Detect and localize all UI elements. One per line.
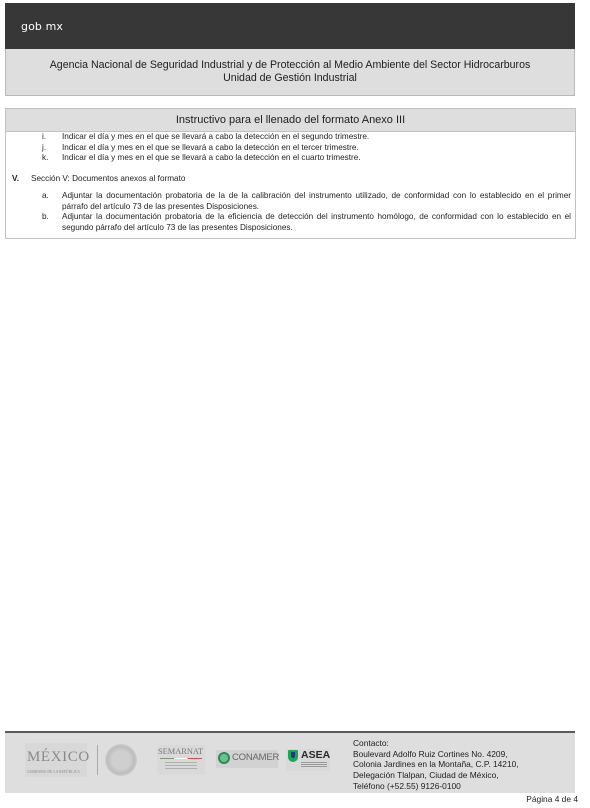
mexico-logo: MÉXICO GOBIERNO DE LA REPÚBLICA [25,743,87,777]
asea-subtext [301,762,327,768]
section-title: Instructivo para el llenado del formato … [6,109,575,132]
semarnat-flag-bar [160,758,202,759]
semarnat-subtext [165,762,197,771]
contact-phone: Teléfono (+52.55) 9126-0100 [353,781,519,792]
contact-colony: Colonia Jardines en la Montaña, C.P. 142… [353,759,519,770]
conamer-logo-text: CONAMER [232,752,279,763]
semarnat-logo-text: SEMARNAT [158,747,203,756]
list-item: k. Indicar el día y mes en el que se lle… [6,153,575,164]
asea-shield-icon [288,750,298,762]
instructions-section: Instructivo para el llenado del formato … [5,108,576,239]
contact-label: Contacto: [353,738,519,749]
unit-name: Unidad de Gestión Industrial [6,72,574,85]
list-text: Indicar el día y mes en el que se llevar… [62,143,359,152]
list-marker: i. [42,132,46,143]
semarnat-logo: SEMARNAT [157,745,205,775]
list-text: Adjuntar la documentación probatoria de … [62,191,571,211]
gobmx-top-bar: gob.mx [5,3,575,49]
subsection-marker: V. [12,174,19,185]
list-marker: a. [42,191,49,202]
conamer-ring-icon [218,752,230,764]
list-text: Indicar el día y mes en el que se llevar… [62,153,361,162]
contact-address: Boulevard Adolfo Ruiz Cortines No. 4209, [353,749,519,760]
mexico-logo-subtext: GOBIERNO DE LA REPÚBLICA [27,770,80,774]
brand-text: gob [21,20,42,33]
list-item: i. Indicar el día y mes en el que se lle… [6,132,575,143]
contact-city: Delegación Tlalpan, Ciudad de México, [353,770,519,781]
subsection-title: Sección V: Documentos anexos al formato [31,174,185,183]
list-item: b. Adjuntar la documentación probatoria … [6,212,575,233]
mexico-logo-text: MÉXICO [27,749,90,766]
conamer-logo: CONAMER [216,750,278,768]
list-marker: j. [42,143,46,154]
gobmx-logo[interactable]: gob.mx [21,20,63,33]
brand-suffix: mx [46,20,63,33]
contact-block: Contacto: Boulevard Adolfo Ruiz Cortines… [353,738,519,792]
list-item: a. Adjuntar la documentación probatoria … [6,191,575,212]
logo-separator [97,745,98,775]
footer: MÉXICO GOBIERNO DE LA REPÚBLICA SEMARNAT… [5,733,575,793]
agency-name: Agencia Nacional de Seguridad Industrial… [6,59,574,72]
list-marker: k. [42,153,48,164]
asea-logo: ASEA [286,749,330,771]
national-seal-icon [105,744,137,776]
agency-header: Agencia Nacional de Seguridad Industrial… [5,49,575,96]
instructions-list: i. Indicar el día y mes en el que se lle… [6,132,575,234]
list-marker: b. [42,212,49,223]
list-item: j. Indicar el día y mes en el que se lle… [6,143,575,154]
asea-logo-text: ASEA [301,749,330,761]
list-text: Indicar el día y mes en el que se llevar… [62,132,369,141]
page-number: Página 4 de 4 [526,794,578,804]
subsection-heading: V. Sección V: Documentos anexos al forma… [6,174,575,185]
list-text: Adjuntar la documentación probatoria de … [62,212,571,232]
